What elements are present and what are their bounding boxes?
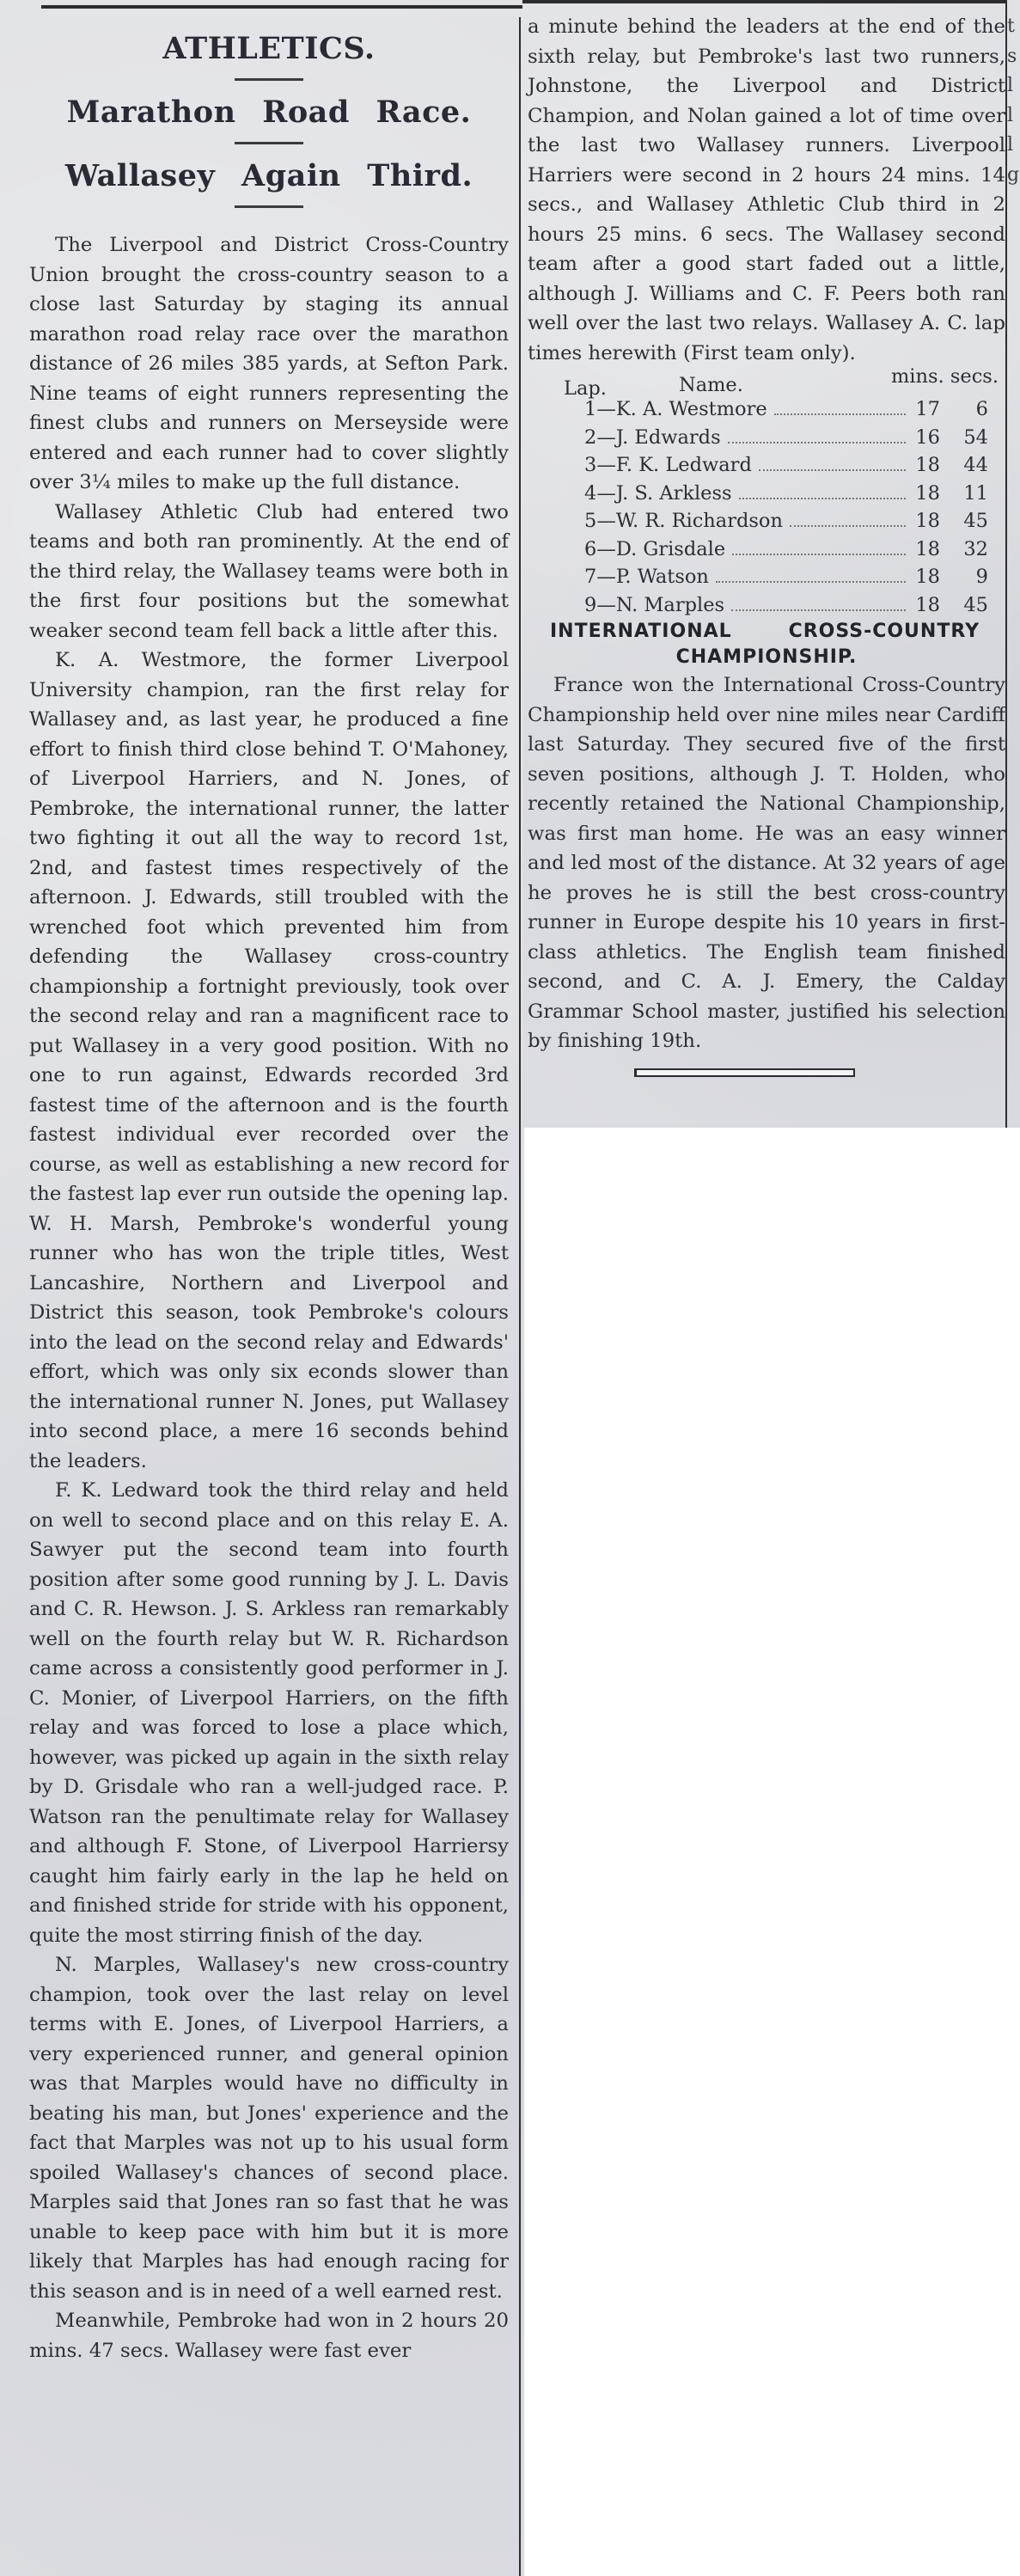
lap-secs: 6 (940, 395, 988, 424)
section-title: ATHLETICS. (29, 31, 509, 66)
header-time: mins. secs. (891, 363, 999, 391)
lap-secs: 45 (940, 591, 988, 620)
title-part: INTERNATIONAL (550, 619, 732, 645)
leader-dots (739, 498, 906, 499)
adjacent-column-fragment: tslllg (1007, 12, 1020, 190)
lap-runner: 9—N. Marples (584, 591, 724, 620)
lap-times-table: Lap. Name. mins. secs. 1—K. A. Westmore1… (528, 368, 1005, 619)
left-column: ATHLETICS. Marathon Road Race. Wallasey … (29, 17, 509, 2365)
title-part: CROSS-COUNTRY (789, 619, 980, 645)
lap-row: 7—P. Watson189 (528, 563, 1005, 591)
paragraph: Wallasey Athletic Club had entered two t… (29, 498, 509, 646)
headline: Marathon Road Race. (29, 95, 509, 130)
lap-row: 5—W. R. Richardson1845 (528, 507, 1005, 535)
paragraph: N. Marples, Wallasey's new cross-country… (29, 1950, 509, 2306)
heading-divider (235, 142, 303, 144)
second-story-body: France won the International Cross-Count… (528, 670, 1005, 1056)
fragment-letter: l (1007, 71, 1020, 101)
lap-secs: 54 (940, 424, 988, 452)
lap-row: 6—D. Grisdale1832 (528, 535, 1005, 564)
right-column: a minute behind the leaders at the end o… (528, 12, 1005, 1077)
lap-row: 2—J. Edwards1654 (528, 424, 1005, 452)
lap-runner: 3—F. K. Ledward (584, 451, 752, 480)
paragraph: K. A. Westmore, the former Liverpool Uni… (29, 646, 509, 1476)
paragraph: Meanwhile, Pembroke had won in 2 hours 2… (29, 2306, 509, 2365)
lap-runner: 2—J. Edwards (584, 424, 721, 452)
fragment-letter: g (1007, 161, 1020, 191)
lap-secs: 44 (940, 451, 988, 480)
lap-row: 9—N. Marples1845 (528, 591, 1005, 620)
leader-dots (790, 525, 906, 527)
lap-runner: 4—J. S. Arkless (584, 480, 732, 508)
fragment-letter: s (1007, 42, 1020, 72)
lap-mins: 18 (907, 507, 940, 535)
fragment-letter: l (1007, 131, 1020, 161)
second-story-title: INTERNATIONAL CROSS-COUNTRY CHAMPIONSHIP… (528, 619, 1005, 670)
lap-row: 3—F. K. Ledward1844 (528, 451, 1005, 480)
lap-mins: 18 (907, 563, 940, 591)
leader-dots (774, 413, 906, 415)
lap-mins: 18 (907, 535, 940, 564)
lap-runner: 7—P. Watson (584, 563, 709, 591)
heading-divider (235, 205, 303, 208)
title-part: CHAMPIONSHIP. (528, 645, 1005, 670)
lap-secs: 11 (940, 480, 988, 508)
paragraph: F. K. Ledward took the third relay and h… (29, 1476, 509, 1950)
lap-table-header: Lap. Name. mins. secs. (528, 368, 1005, 395)
lap-mins: 18 (907, 591, 940, 620)
leader-dots (716, 581, 906, 583)
lap-mins: 18 (907, 451, 940, 480)
leader-dots (731, 609, 906, 611)
lap-mins: 18 (907, 480, 940, 508)
subheadline: Wallasey Again Third. (29, 158, 509, 193)
leader-dots (759, 469, 906, 471)
header-lap: Lap. (564, 375, 607, 403)
lap-mins: 16 (907, 424, 940, 452)
heading-divider (235, 78, 303, 81)
lap-runner: 6—D. Grisdale (584, 535, 725, 564)
lap-mins: 17 (907, 395, 940, 424)
fragment-letter: l (1007, 101, 1020, 132)
top-rule-right (522, 0, 1005, 3)
lap-runner: 1—K. A. Westmore (584, 395, 767, 424)
lap-secs: 9 (940, 563, 988, 591)
leader-dots (732, 554, 906, 555)
lap-row: 4—J. S. Arkless1811 (528, 480, 1005, 508)
fragment-letter: t (1007, 12, 1020, 42)
top-rule (41, 5, 524, 9)
lap-secs: 45 (940, 507, 988, 535)
paragraph: The Liverpool and District Cross-Country… (29, 230, 509, 498)
column-rule (519, 17, 521, 2576)
header-name: Name. (679, 371, 743, 400)
lap-secs: 32 (940, 535, 988, 564)
end-of-article-rule (634, 1068, 855, 1077)
continued-paragraph: a minute behind the leaders at the end o… (528, 12, 1005, 368)
lap-runner: 5—W. R. Richardson (584, 507, 783, 535)
leader-dots (728, 442, 906, 444)
